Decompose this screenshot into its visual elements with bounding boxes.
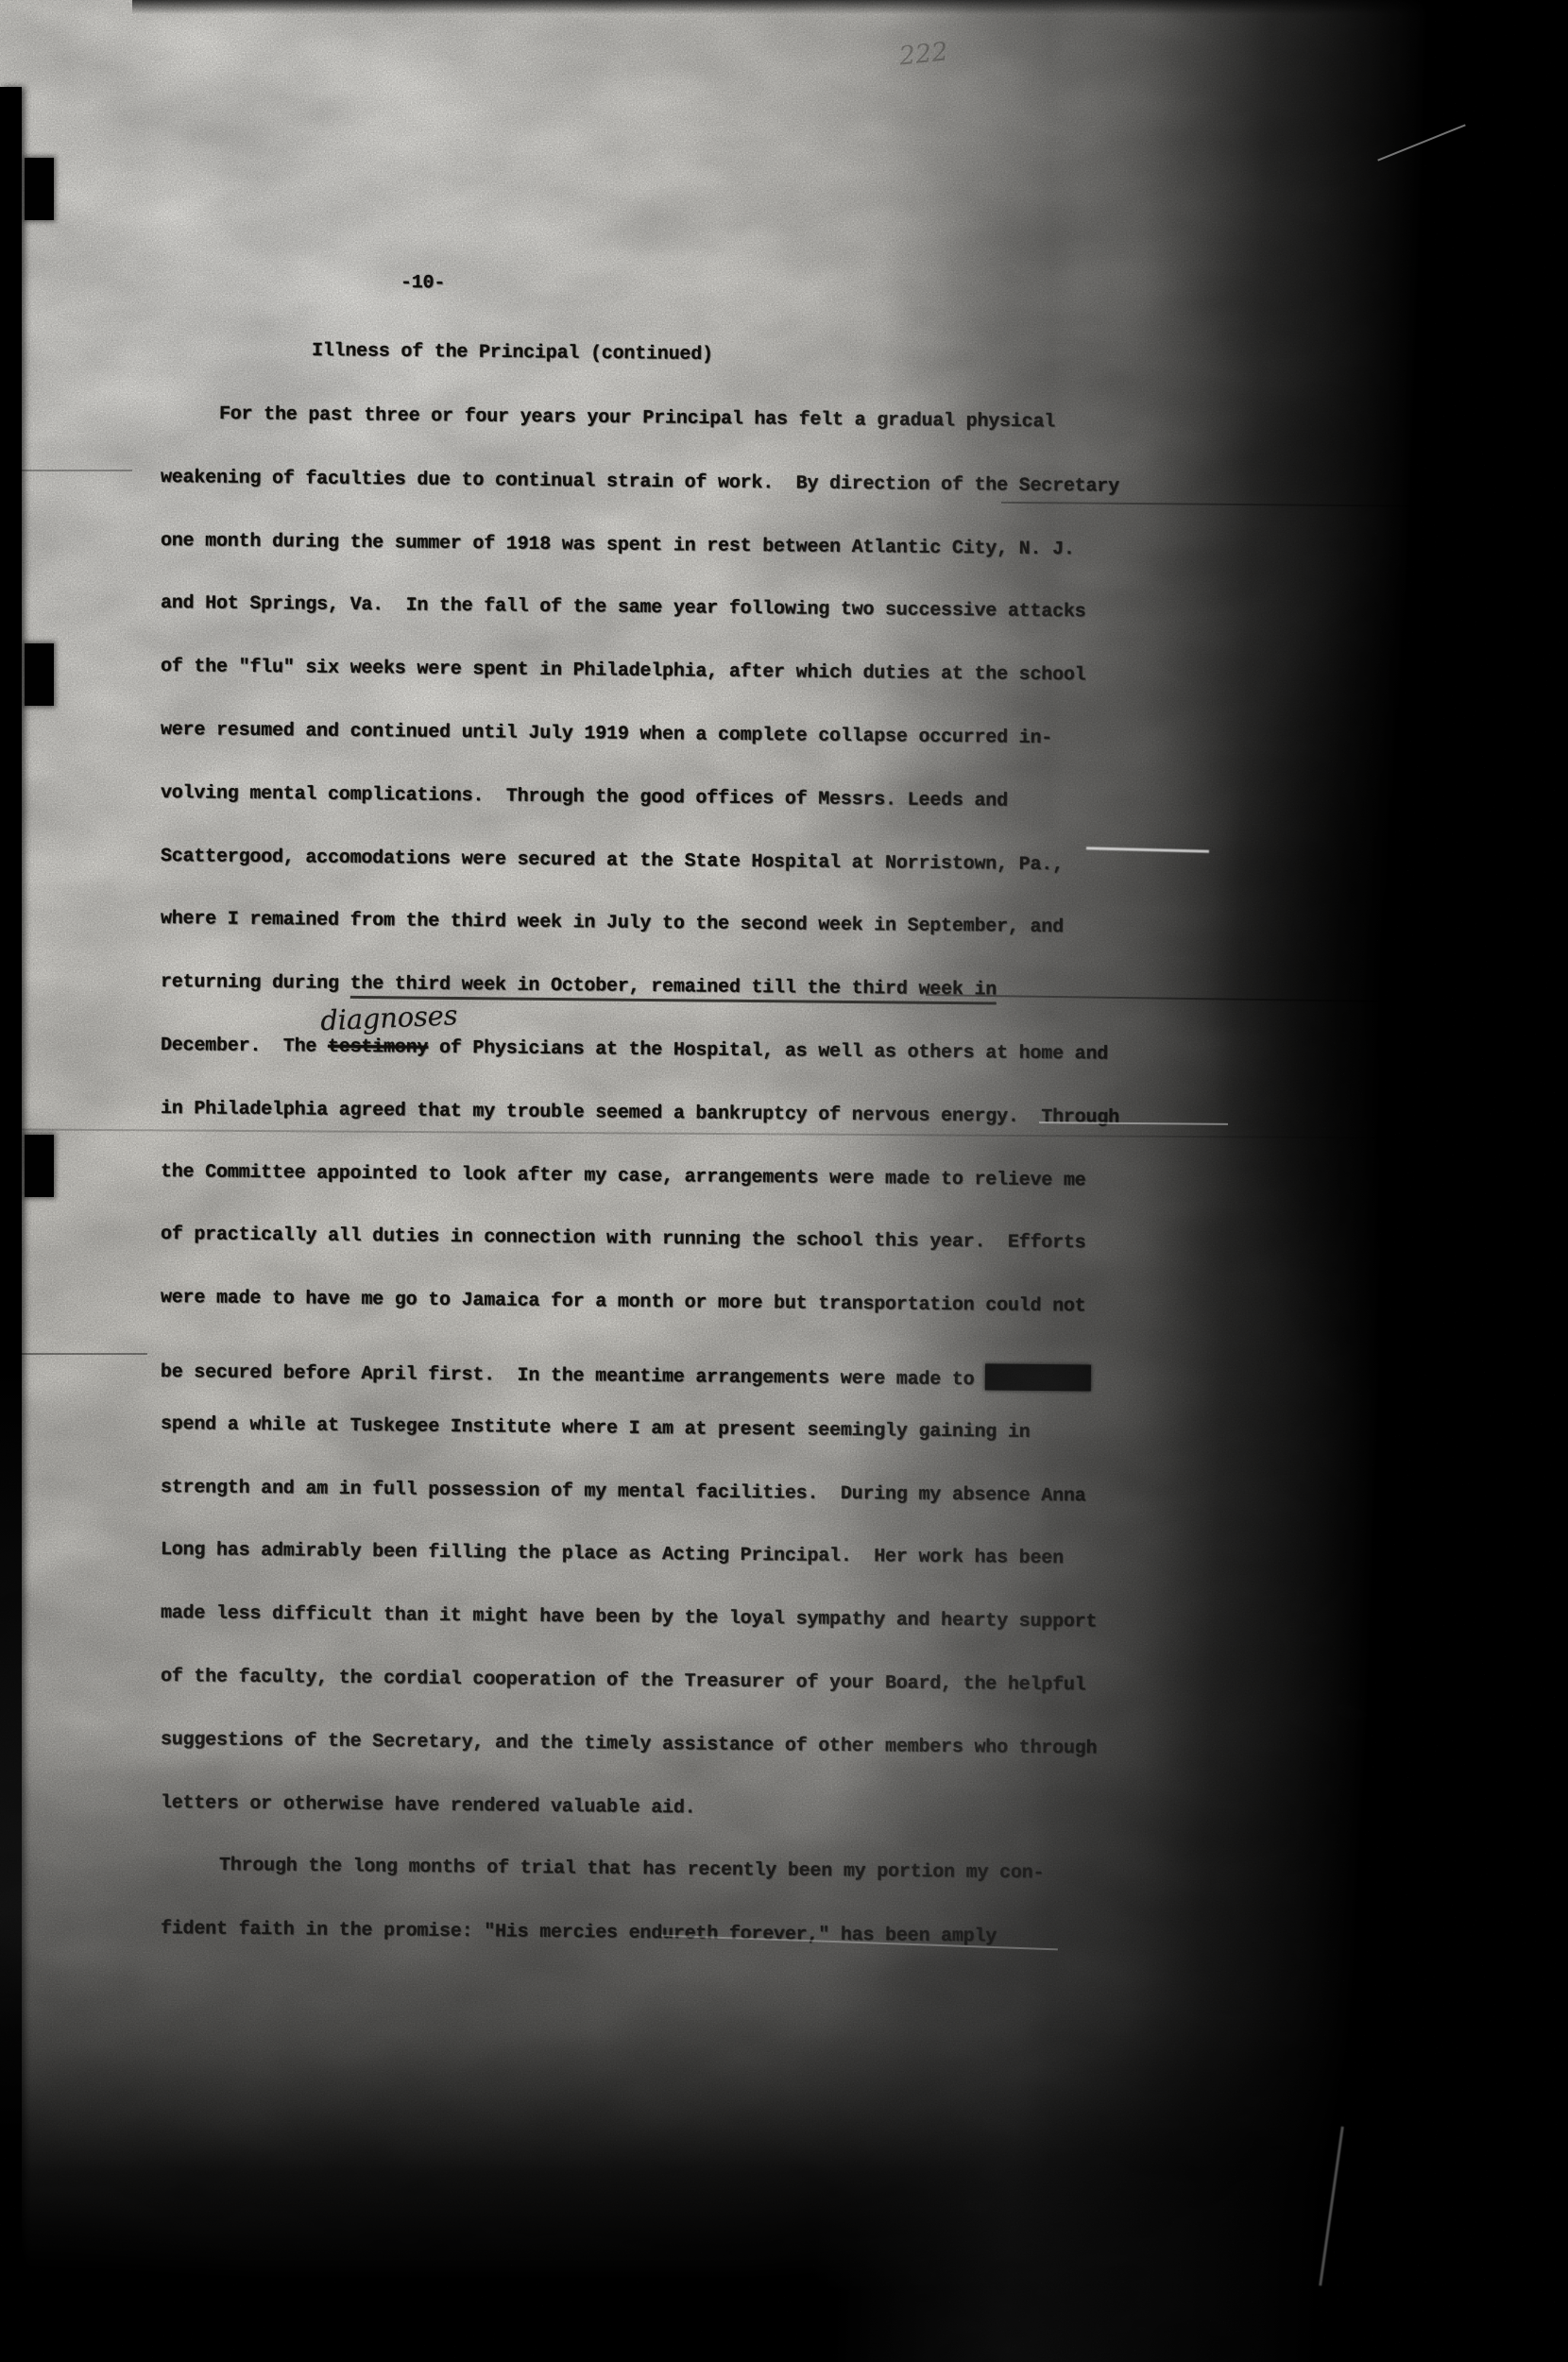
typed-text: made less difficult than it might have b… (161, 1602, 1098, 1634)
typed-line: spend a while at Tuskegee Institute wher… (161, 1413, 1031, 1444)
typed-text: be secured before April first. In the me… (161, 1361, 986, 1391)
typed-line: suggestions of the Secretary, and the ti… (161, 1729, 1098, 1760)
typed-text-layer: -10- Illness of the Principal (continued… (0, 0, 1568, 2362)
typed-text: were made to have me go to Jamaica for a… (161, 1287, 1086, 1317)
film-edge-strip (0, 87, 22, 2362)
typed-line: letters or otherwise have rendered valua… (161, 1792, 696, 1819)
typed-line: were made to have me go to Jamaica for a… (161, 1287, 1086, 1317)
scanned-document-page: -10- Illness of the Principal (continued… (0, 0, 1568, 2362)
typed-line: Long has admirably been filling the plac… (161, 1539, 1064, 1569)
typed-text: For the past three or four years your Pr… (219, 403, 1055, 433)
typed-line: weakening of faculties due to continual … (161, 467, 1119, 498)
handwritten-corner-mark: 222 (898, 37, 950, 71)
typed-line: December. The testimonydiagnoses of Phys… (161, 1035, 1108, 1066)
typed-text: weakening of faculties due to continual … (161, 467, 1119, 498)
typed-text: suggestions of the Secretary, and the ti… (161, 1729, 1098, 1760)
typed-line: returning during the third week in Octob… (161, 971, 997, 1001)
typed-line: of the faculty, the cordial cooperation … (161, 1666, 1086, 1696)
typed-line: and Hot Springs, Va. In the fall of the … (161, 592, 1086, 623)
typed-line: For the past three or four years your Pr… (219, 403, 1055, 433)
film-edge-top (132, 0, 1568, 14)
handwritten-annotation: diagnoses (320, 999, 458, 1036)
typed-text: Scattergood, accomodations were secured … (161, 846, 1064, 876)
typed-text: the Committee appointed to look after my… (161, 1161, 1086, 1191)
typed-line: in Philadelphia agreed that my trouble s… (161, 1098, 1119, 1129)
typed-text: volving mental complications. Through th… (161, 782, 1008, 813)
film-edge-mark-3 (25, 1135, 54, 1197)
typed-line: be secured before April first. In the me… (161, 1350, 1092, 1392)
typed-text: fident faith in the promise: "His mercie… (161, 1918, 997, 1947)
typed-text: in Philadelphia agreed that my trouble s… (161, 1098, 1119, 1129)
typed-text: of Physicians at the Hospital, as well a… (428, 1037, 1108, 1066)
typed-text: and Hot Springs, Va. In the fall of the … (161, 592, 1086, 623)
typed-text: letters or otherwise have rendered valua… (161, 1792, 696, 1819)
strikethrough-word: testimonydiagnoses (328, 1036, 428, 1059)
typed-line: one month during the summer of 1918 was … (161, 530, 1075, 560)
typed-text: of the "flu" six weeks were spent in Phi… (161, 656, 1086, 686)
typed-line: of the "flu" six weeks were spent in Phi… (161, 656, 1086, 686)
film-edge-mark-1 (25, 158, 54, 220)
typed-line: volving mental complications. Through th… (161, 782, 1008, 813)
typed-line: fident faith in the promise: "His mercie… (161, 1918, 997, 1947)
typed-text: one month during the summer of 1918 was … (161, 530, 1075, 560)
typed-line: the Committee appointed to look after my… (161, 1161, 1086, 1191)
typed-text: Through the long months of trial that ha… (219, 1855, 1045, 1884)
typed-line: strength and am in full possession of my… (161, 1477, 1086, 1507)
typed-line: were resumed and continued until July 19… (161, 719, 1052, 749)
page-title: Illness of the Principal (continued) (312, 340, 713, 366)
typed-text: December. The (161, 1035, 328, 1058)
typed-text: were resumed and continued until July 19… (161, 719, 1052, 749)
typed-line: Scattergood, accomodations were secured … (161, 846, 1064, 876)
typed-text: Long has admirably been filling the plac… (161, 1539, 1064, 1569)
typed-text: where I remained from the third week in … (161, 908, 1064, 938)
typed-text: returning during (161, 971, 350, 995)
typed-text: strength and am in full possession of my… (161, 1477, 1086, 1507)
typed-text: of the faculty, the cordial cooperation … (161, 1666, 1086, 1696)
typed-text: spend a while at Tuskegee Institute wher… (161, 1413, 1031, 1444)
typed-line: Through the long months of trial that ha… (219, 1855, 1045, 1884)
typed-line: where I remained from the third week in … (161, 908, 1064, 938)
typed-line: made less difficult than it might have b… (161, 1602, 1098, 1634)
film-edge-mark-2 (25, 643, 54, 706)
page-number: -10- (401, 272, 445, 294)
typed-line: of practically all duties in connection … (161, 1224, 1086, 1254)
redaction-mark (985, 1363, 1091, 1391)
typed-text: of practically all duties in connection … (161, 1224, 1086, 1254)
